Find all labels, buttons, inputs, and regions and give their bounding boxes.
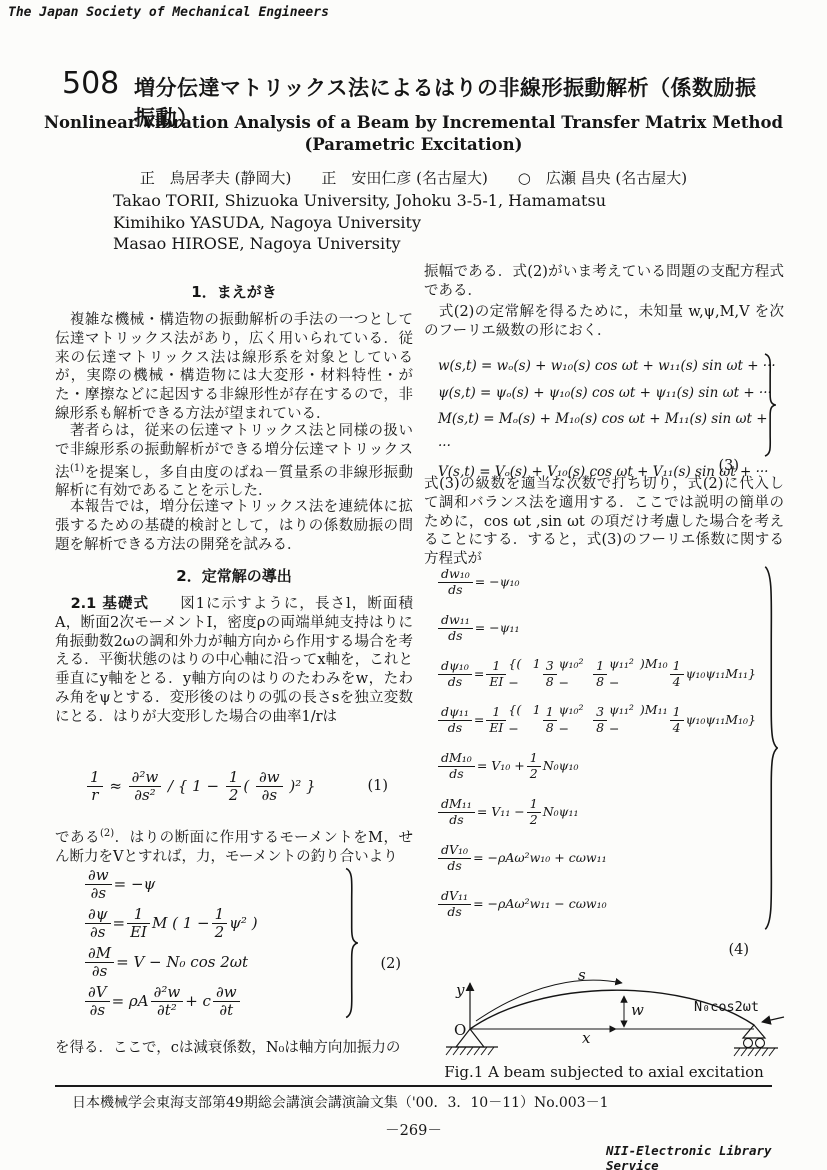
section2-1-paragraph: 2.1 基礎式 図1に示すように，長さl，断面積A，断面2次モーメントI，密度ρ… bbox=[55, 595, 413, 727]
section1-paragraph2: 著者らは，従来の伝達マトリックス法と同様の扱いで非線形系の振動解析ができる増分伝… bbox=[55, 422, 413, 501]
equation-3-line3: M(s,t) = Mₒ(s) + M₁₀(s) cos ωt + M₁₁(s) … bbox=[438, 406, 784, 459]
equation-1-number: (1) bbox=[367, 777, 388, 796]
equation-3-line1: w(s,t) = wₒ(s) + w₁₀(s) cos ωt + w₁₁(s) … bbox=[438, 353, 784, 380]
equation-4-line4: dψ₁₁ds = 1EI{( 1 − 18ψ₁₀² − 38ψ₁₁² )M₁₁ … bbox=[436, 697, 756, 743]
figure-1-beam-diagram: y O x s w N₀cos2ωt bbox=[432, 971, 788, 1059]
equation-4-line6: dM₁₁ds = V₁₁ − 12 N₀ψ₁₁ bbox=[436, 789, 756, 835]
left-ground-hatching bbox=[446, 1047, 494, 1055]
equation-2-brace bbox=[344, 867, 358, 1019]
right-text2: 式(2)の定常解を得るために，未知量 w,ψ,M,V を次のフーリエ級数の形にお… bbox=[424, 303, 784, 341]
right-roller-support bbox=[743, 1025, 765, 1038]
equation-3-number: (3) bbox=[718, 457, 739, 476]
origin-label: O bbox=[454, 1021, 466, 1039]
equation-4-line8: dV₁₁ds = −ρAω²w₁₁ − cωw₁₀ bbox=[436, 881, 756, 927]
right-text1: 振幅である．式(2)がいま考えている問題の支配方程式である． bbox=[424, 263, 784, 301]
footer-rule bbox=[55, 1085, 772, 1087]
deflection-label: w bbox=[631, 1001, 644, 1019]
roller-wheel bbox=[744, 1039, 753, 1048]
figure-1-caption: Fig.1 A beam subjected to axial excitati… bbox=[424, 1063, 784, 1082]
subsection-text: 図1に示すように，長さl，断面積A，断面2次モーメントI，密度ρの両端単純支持は… bbox=[55, 596, 413, 725]
equation-4-line2: dw₁₁ds = −ψ₁₁ bbox=[436, 605, 756, 651]
section1-paragraph3: 本報告では，増分伝達マトリックス法を連続体に拡張するための基礎的検討として，はり… bbox=[55, 498, 413, 554]
page-number: －269－ bbox=[0, 1119, 827, 1140]
equation-2-number: (2) bbox=[380, 955, 401, 974]
paper-title-english-line1: Nonlinear Vibration Analysis of a Beam b… bbox=[0, 112, 827, 134]
equation-2-group: ∂w∂s = −ψ ∂ψ∂s = 1EI M ( 1 − 12 ψ² ) ∂M∂… bbox=[83, 865, 383, 1021]
equation-4-brace bbox=[763, 563, 778, 933]
paper-number: 508 bbox=[62, 66, 119, 101]
equation-4-group: dw₁₀ds = −ψ₁₀ dw₁₁ds = −ψ₁₁ dψ₁₀ds = 1EI… bbox=[436, 559, 756, 927]
affiliation-line: Masao HIROSE, Nagoya University bbox=[113, 233, 606, 255]
section2-heading: 2．定常解の導出 bbox=[55, 567, 413, 586]
reference-mark-2: (2) bbox=[100, 828, 114, 839]
paper-title-english-line2: (Parametric Excitation) bbox=[0, 134, 827, 156]
arc-length-arrow bbox=[476, 980, 622, 1021]
paper-title-english: Nonlinear Vibration Analysis of a Beam b… bbox=[0, 112, 827, 156]
paragraph2-text-cont: を提案し，多自由度のばね－質量系の非線形振動解析に有効であることを示した． bbox=[55, 464, 413, 499]
equation-3-brace bbox=[763, 353, 776, 457]
section1-paragraph1: 複雑な機械・構造物の振動解析の手法の一つとして伝達マトリックス法があり，広く用い… bbox=[55, 311, 413, 424]
text-after-equation3: 式(3)の級数を適当な次数で打ち切り，式(2)に代入して調和バランス法を適用する… bbox=[424, 475, 784, 569]
affiliation-line: Takao TORII, Shizuoka University, Johoku… bbox=[113, 190, 606, 212]
equation-4-line3: dψ₁₀ds = 1EI{( 1 − 38ψ₁₀² − 18ψ₁₁² )M₁₀ … bbox=[436, 651, 756, 697]
y-axis-label: y bbox=[455, 981, 465, 999]
equation-2-line1: ∂w∂s = −ψ bbox=[83, 865, 383, 904]
author-affiliations: Takao TORII, Shizuoka University, Johoku… bbox=[113, 190, 606, 255]
roller-wheel bbox=[756, 1039, 765, 1048]
affiliation-line: Kimihiko YASUDA, Nagoya University bbox=[113, 212, 606, 234]
text-after-equation2: を得る．ここで，cは減衰係数，N₀は軸方向加振力の bbox=[55, 1039, 400, 1058]
equation-3-line2: ψ(s,t) = ψₒ(s) + ψ₁₀(s) cos ωt + ψ₁₁(s) … bbox=[438, 380, 784, 407]
equation-2-line2: ∂ψ∂s = 1EI M ( 1 − 12 ψ² ) bbox=[83, 904, 383, 943]
footer-reference: 日本機械学会東海支部第49期総会講演会講演論文集（'00．3．10－11）No.… bbox=[72, 1092, 609, 1112]
authors-japanese: 正 鳥居孝夫 (静岡大) 正 安田仁彦 (名古屋大) ○ 広瀬 昌央 (名古屋大… bbox=[0, 167, 827, 188]
scanned-paper-page: The Japan Society of Mechanical Engineer… bbox=[0, 0, 827, 1170]
library-stamp-bottom: NII-Electronic Library Service bbox=[606, 1143, 827, 1170]
equation-4-number: (4) bbox=[728, 941, 749, 960]
equation-1: 1r ≈ ∂²w∂s² / { 1 − 12( ∂w∂s )² } bbox=[85, 769, 316, 805]
text-after-equation1: である(2)．はりの断面に作用するモーメントをM，せん断力をVとすれば，力，モー… bbox=[55, 825, 413, 866]
equation-4-line1: dw₁₀ds = −ψ₁₀ bbox=[436, 559, 756, 605]
axial-force-arrow bbox=[762, 1017, 784, 1022]
subsection-label: 2.1 基礎式 bbox=[55, 596, 149, 612]
equation-2-line4: ∂V∂s = ρA ∂²w∂t² + c ∂w∂t bbox=[83, 982, 383, 1021]
library-stamp-top: The Japan Society of Mechanical Engineer… bbox=[8, 5, 329, 20]
left-column: 1．まえがき 複雑な機械・構造物の振動解析の手法の一つとして伝達マトリックス法が… bbox=[55, 283, 413, 1073]
right-ground-hatching bbox=[734, 1048, 775, 1056]
section1-heading: 1．まえがき bbox=[55, 283, 413, 302]
equation-2-line3: ∂M∂s = V − N₀ cos 2ωt bbox=[83, 943, 383, 982]
x-axis-label: x bbox=[582, 1029, 591, 1047]
equation-4-line5: dM₁₀ds = V₁₀ + 12 N₀ψ₁₀ bbox=[436, 743, 756, 789]
axial-force-label: N₀cos2ωt bbox=[694, 999, 759, 1015]
right-column: 振幅である．式(2)がいま考えている問題の支配方程式である． 式(2)の定常解を… bbox=[424, 263, 784, 1085]
reference-mark-1: (1) bbox=[70, 463, 84, 474]
arc-length-label: s bbox=[578, 971, 586, 984]
equation-4-line7: dV₁₀ds = −ρAω²w₁₀ + cωw₁₁ bbox=[436, 835, 756, 881]
after-eq1-text: である bbox=[55, 830, 100, 846]
